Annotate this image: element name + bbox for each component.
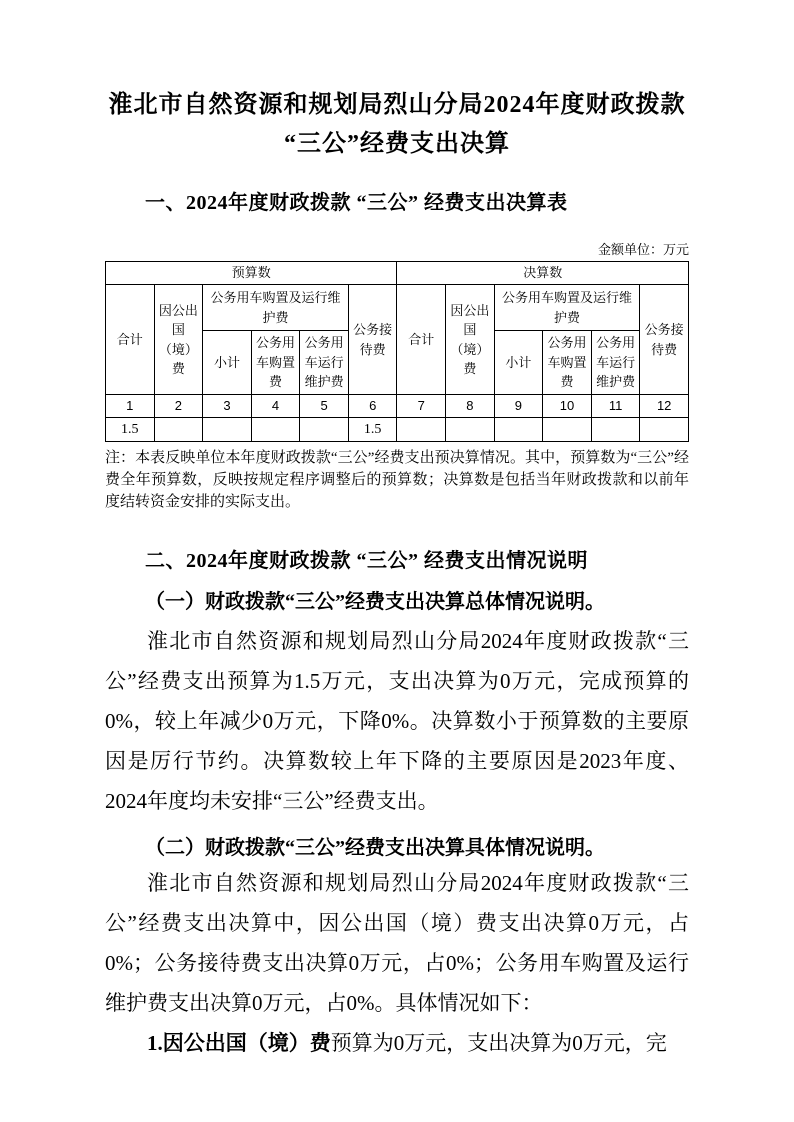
section2-heading: 二、2024年度财政拨款 “三公” 经费支出情况说明 <box>105 547 689 575</box>
value-cell: 1.5 <box>106 417 155 441</box>
table-note: 注：本表反映单位本年度财政拨款“三公”经费支出预决算情况。其中，预算数为“三公”… <box>105 447 689 513</box>
col-number: 8 <box>446 395 495 418</box>
budget-vehicle-maintenance-header: 公务用车运行维护费 <box>300 331 349 395</box>
group-header-budget: 预算数 <box>106 262 397 285</box>
col-number: 5 <box>300 395 349 418</box>
budget-total-header: 合计 <box>106 285 155 395</box>
value-cell <box>640 417 689 441</box>
value-cell <box>203 417 252 441</box>
value-cell <box>446 417 495 441</box>
final-vehicle-subtotal-header: 小计 <box>494 331 543 395</box>
table-row-groups: 预算数 决算数 <box>106 262 689 285</box>
value-cell <box>251 417 300 441</box>
table-row-headers: 合计 因公出国（境）费 公务用车购置及运行维护费 公务接待费 合计 因公出国（境… <box>106 285 689 331</box>
col-number: 12 <box>640 395 689 418</box>
table-row-values: 1.5 1.5 <box>106 417 689 441</box>
budget-vehicle-group-header: 公务用车购置及运行维护费 <box>203 285 349 331</box>
value-cell <box>494 417 543 441</box>
col-number: 3 <box>203 395 252 418</box>
section2-sub2-heading: （二）财政拨款“三公”经费支出决算具体情况说明。 <box>105 833 689 863</box>
document-title-line2: “三公”经费支出决算 <box>105 125 689 164</box>
col-number: 10 <box>543 395 592 418</box>
col-number: 2 <box>154 395 203 418</box>
section2-item1: 1.因公出国（境）费预算为0万元，支出决算为0万元，完 <box>105 1023 689 1063</box>
item1-text: 预算为0万元，支出决算为0万元，完 <box>331 1031 667 1055</box>
value-cell <box>300 417 349 441</box>
section1-heading: 一、2024年度财政拨款 “三公” 经费支出决算表 <box>105 186 689 215</box>
value-cell <box>591 417 640 441</box>
document-title-line1: 淮北市自然资源和规划局烈山分局2024年度财政拨款 <box>105 86 689 125</box>
final-vehicle-maintenance-header: 公务用车运行维护费 <box>591 331 640 395</box>
col-number: 1 <box>106 395 155 418</box>
value-cell <box>543 417 592 441</box>
value-cell: 1.5 <box>348 417 397 441</box>
amount-unit-label: 金额单位：万元 <box>105 239 689 258</box>
col-number: 7 <box>397 395 446 418</box>
group-header-final: 决算数 <box>397 262 689 285</box>
budget-vehicle-subtotal-header: 小计 <box>203 331 252 395</box>
value-cell <box>154 417 203 441</box>
final-vehicle-purchase-header: 公务用车购置费 <box>543 331 592 395</box>
final-reception-header: 公务接待费 <box>640 285 689 395</box>
budget-abroad-header: 因公出国（境）费 <box>154 285 203 395</box>
budget-reception-header: 公务接待费 <box>348 285 397 395</box>
final-abroad-header: 因公出国（境）费 <box>446 285 495 395</box>
section2-paragraph1: 淮北市自然资源和规划局烈山分局2024年度财政拨款“三公”经费支出预算为1.5万… <box>105 621 689 821</box>
col-number: 6 <box>348 395 397 418</box>
sangong-expense-table: 预算数 决算数 合计 因公出国（境）费 公务用车购置及运行维护费 公务接待费 合… <box>105 261 689 442</box>
final-vehicle-group-header: 公务用车购置及运行维护费 <box>494 285 640 331</box>
col-number: 9 <box>494 395 543 418</box>
document-page: 淮北市自然资源和规划局烈山分局2024年度财政拨款 “三公”经费支出决算 一、2… <box>0 0 794 1122</box>
col-number: 4 <box>251 395 300 418</box>
table-row-column-numbers: 1 2 3 4 5 6 7 8 9 10 11 12 <box>106 395 689 418</box>
final-total-header: 合计 <box>397 285 446 395</box>
section2-paragraph2: 淮北市自然资源和规划局烈山分局2024年度财政拨款“三公”经费支出决算中，因公出… <box>105 863 689 1023</box>
item1-label: 1.因公出国（境）费 <box>147 1031 331 1055</box>
document-title: 淮北市自然资源和规划局烈山分局2024年度财政拨款 “三公”经费支出决算 <box>105 86 689 164</box>
budget-vehicle-purchase-header: 公务用车购置费 <box>251 331 300 395</box>
value-cell <box>397 417 446 441</box>
col-number: 11 <box>591 395 640 418</box>
section2-sub1-heading: （一）财政拨款“三公”经费支出决算总体情况说明。 <box>105 587 689 617</box>
